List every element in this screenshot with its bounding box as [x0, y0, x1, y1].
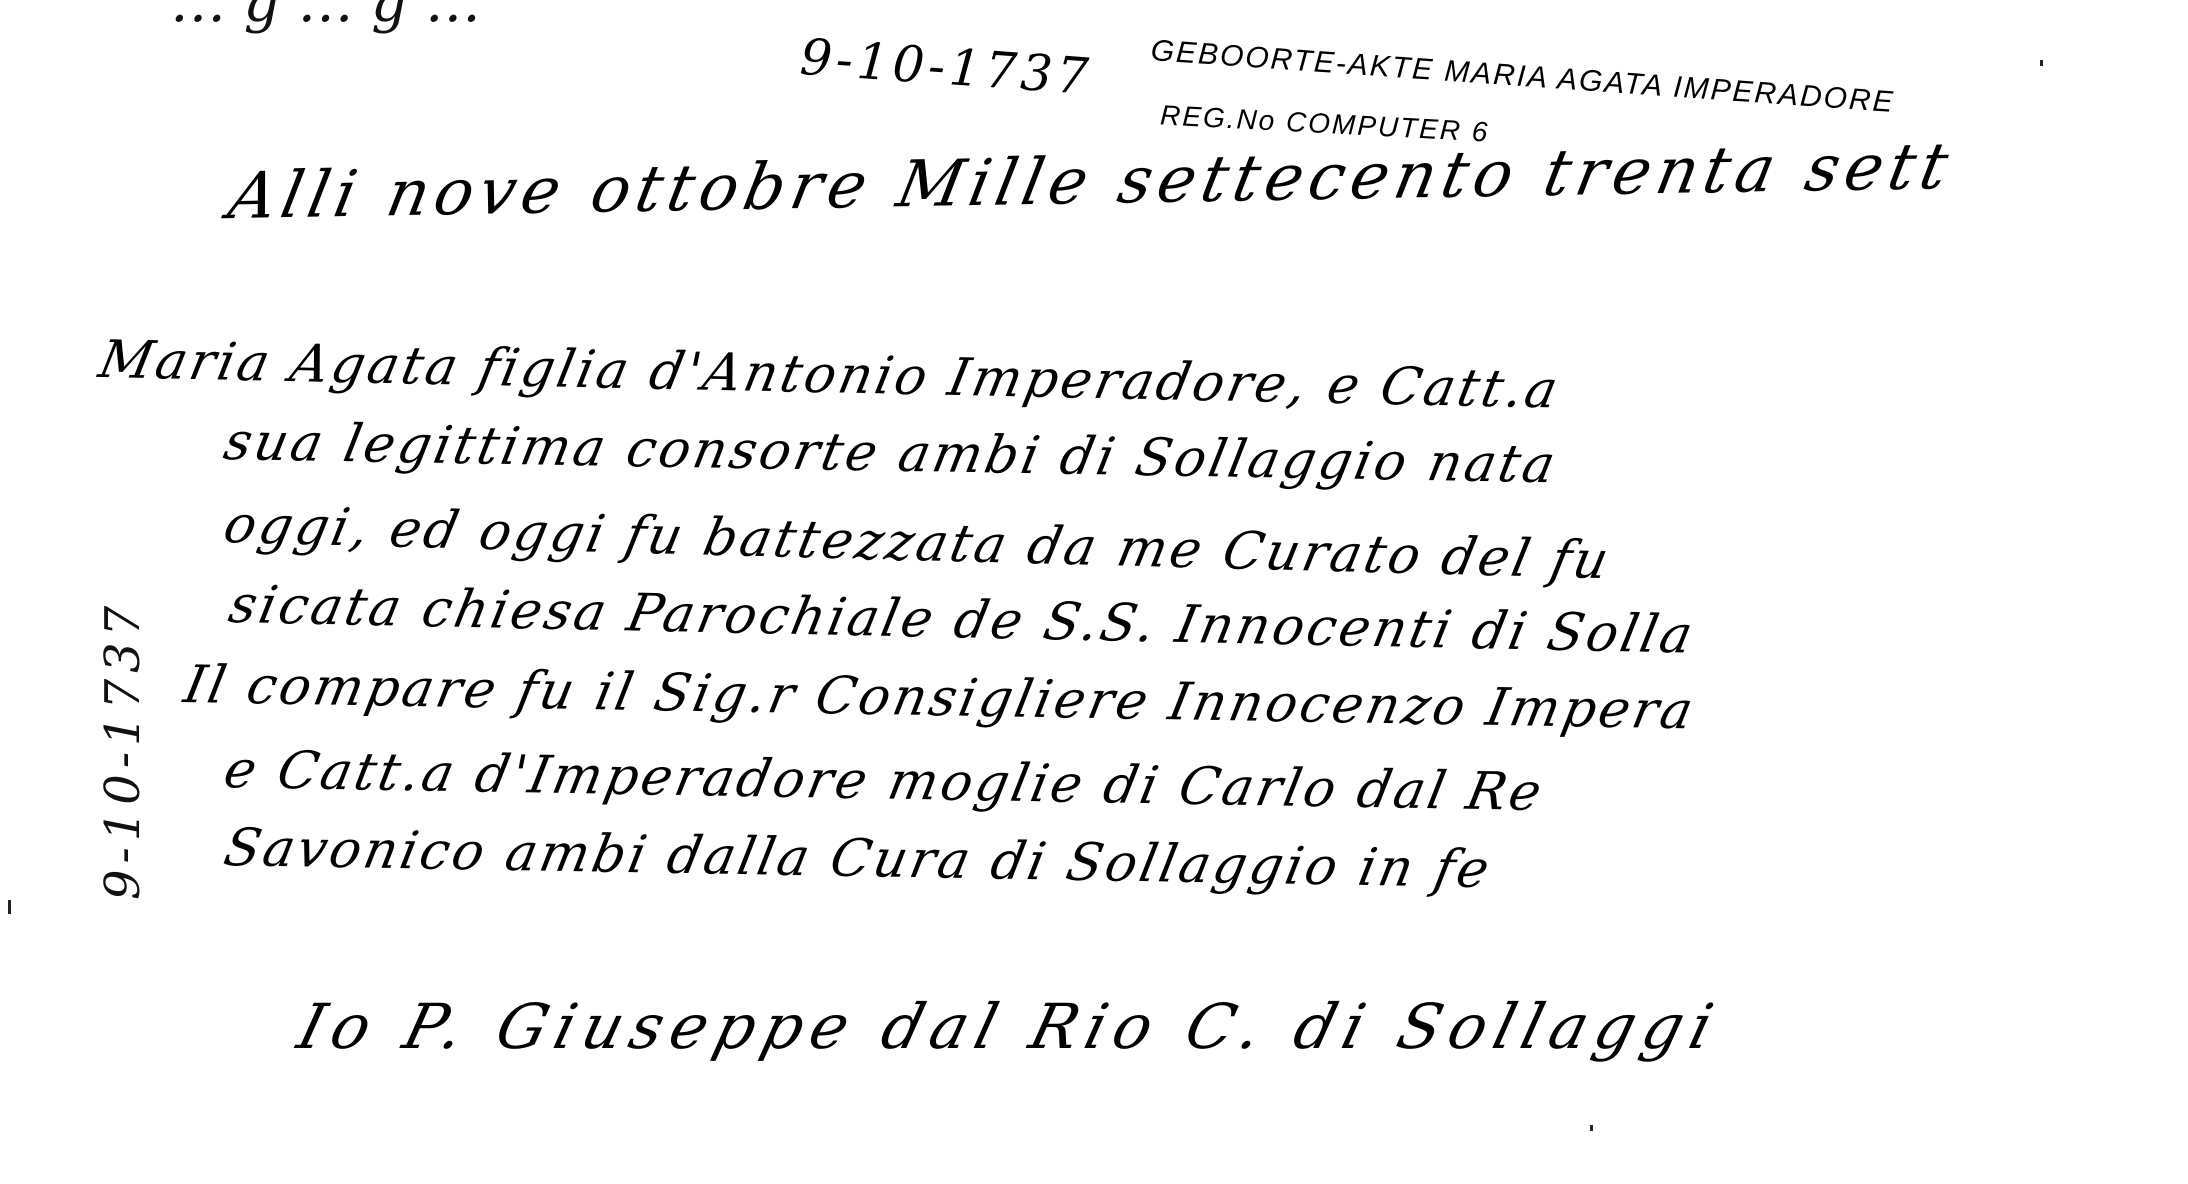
record-line-6: e Catt.a d'Imperadore moglie di Carlo da… — [219, 740, 1549, 823]
typed-date: 9-10-1737 — [798, 28, 1094, 106]
margin-date-note: 9-10-1737 — [95, 600, 151, 900]
record-line-5: Il compare fu il Sig.r Consigliere Innoc… — [179, 655, 1700, 741]
scan-speck — [8, 900, 11, 914]
top-edge-fragment: … g … g … — [170, 0, 481, 35]
record-line-7: Savonico ambi dalla Cura di Sollaggio in… — [219, 818, 1497, 900]
document-page: … g … g … 9-10-1737 GEBOORTE-AKTE MARIA … — [0, 0, 2188, 1184]
record-line-1: Maria Agata figlia d'Antonio Imperadore,… — [94, 330, 1565, 420]
right-margin-crop — [1950, 0, 2188, 1184]
record-line-4: sicata chiesa Parochiale de S.S. Innocen… — [224, 575, 1700, 665]
record-line-2: sua legittima consorte ambi di Sollaggio… — [219, 412, 1563, 495]
scan-speck — [1590, 1125, 1593, 1131]
record-date-line: Alli nove ottobre Mille settecento trent… — [223, 129, 2030, 235]
priest-signature: Io P. Giuseppe dal Rio C. di Sollaggi — [291, 990, 1728, 1063]
record-line-3: oggi, ed oggi fu battezzata da me Curato… — [219, 495, 1616, 591]
scan-speck — [2040, 60, 2043, 66]
